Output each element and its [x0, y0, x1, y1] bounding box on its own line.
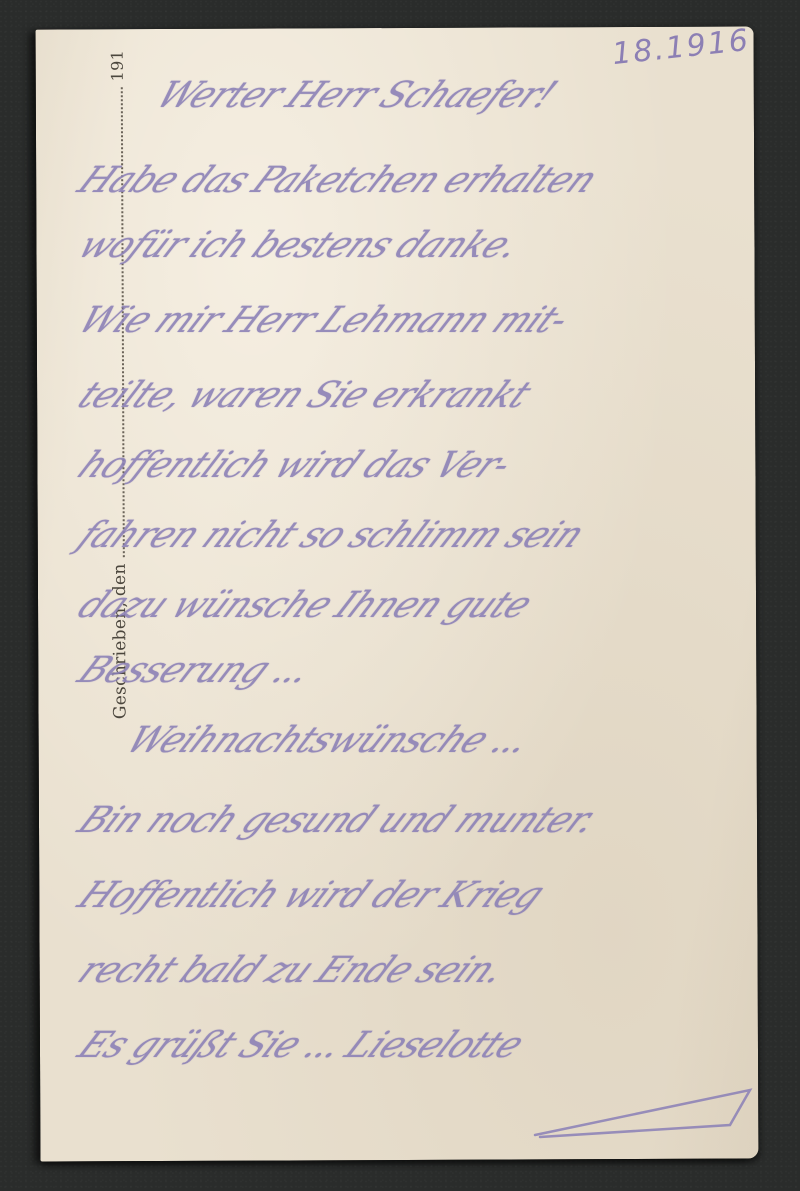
handwritten-line: teilte, waren Sie erkrankt: [70, 375, 538, 416]
printed-year-prefix: 191: [108, 50, 127, 82]
handwritten-line: fahren nicht so schlimm sein: [70, 515, 591, 556]
handwritten-line: wofür ich bestens danke.: [70, 225, 528, 266]
handwritten-line: Weihnachtswünsche ...: [118, 720, 538, 761]
handwritten-line: Hoffentlich wird der Krieg: [70, 875, 551, 916]
handwritten-line: Besserung ...: [70, 650, 319, 691]
handwritten-line: Habe das Paketchen erhalten: [70, 160, 604, 201]
handwritten-line: Es grüßt Sie ... Lieselotte: [70, 1025, 531, 1066]
signature-flourish: [530, 1085, 760, 1145]
handwritten-line: recht bald zu Ende sein.: [70, 950, 513, 991]
handwritten-line: Werter Herr Schaefer!: [148, 75, 563, 116]
handwritten-line: Bin noch gesund und munter.: [70, 800, 604, 841]
handwritten-line: hoffentlich wird das Ver-: [70, 445, 519, 486]
handwritten-line: Wie mir Herr Lehmann mit-: [70, 300, 576, 341]
handwritten-line: dazu wünsche Ihnen gute: [70, 585, 539, 626]
